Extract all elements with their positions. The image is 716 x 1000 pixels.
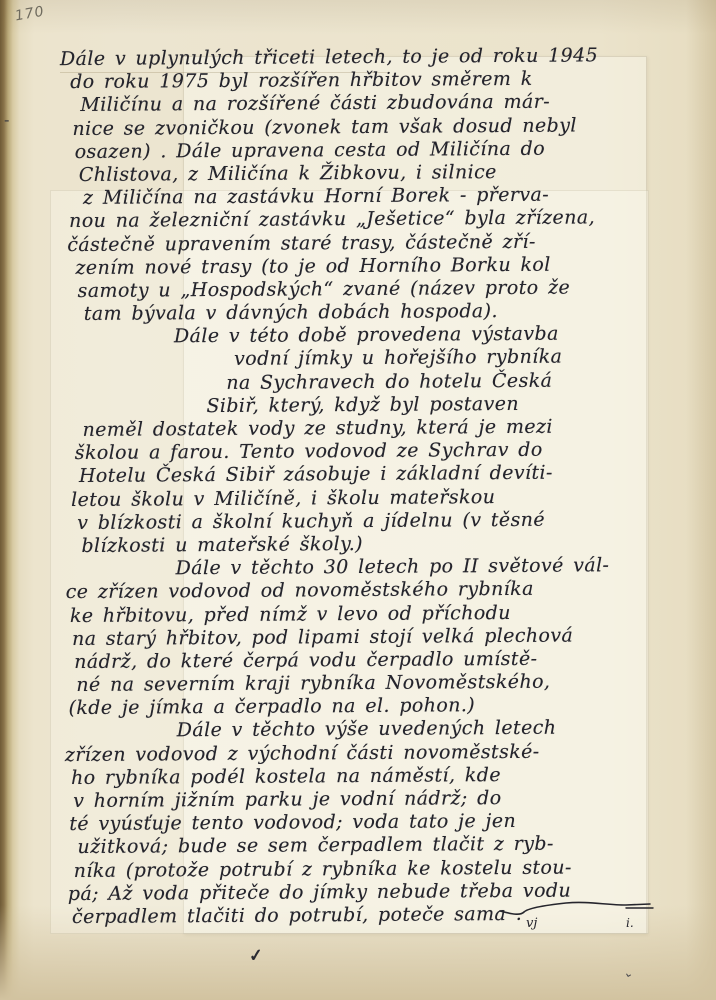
checkmark: ✓: [248, 945, 264, 966]
flourish-end-mark: i.: [626, 916, 634, 930]
flourish-initials: vj: [526, 916, 537, 931]
manuscript-line: nice se zvoničkou (zvonek tam však dosud…: [72, 113, 662, 140]
manuscript-line: nou na železniční zastávku „Ješetice“ by…: [69, 206, 663, 233]
manuscript-line: Dále v těchto 30 letech po II světové vá…: [175, 554, 665, 581]
manuscript-text: Dále v uplynulých třiceti letech, to je …: [52, 44, 668, 929]
manuscript-line: Sibiř, který, když byl postaven: [206, 392, 664, 418]
manuscript-line: vodní jímky u hořejšího rybníka: [234, 345, 664, 371]
manuscript-line: na Sychravech do hotelu Česká: [226, 368, 664, 394]
signature-flourish: vj i.: [498, 900, 658, 916]
flourish-stroke-icon: [498, 900, 658, 916]
manuscript-line: Dále v této době provedena výstavba: [174, 322, 664, 349]
manuscript-line: Dále v uplynulých třiceti letech, to je …: [60, 44, 662, 71]
manuscript-line: Dále v těchto výše uvedených letech: [177, 716, 667, 743]
margin-dash: -: [4, 110, 9, 129]
